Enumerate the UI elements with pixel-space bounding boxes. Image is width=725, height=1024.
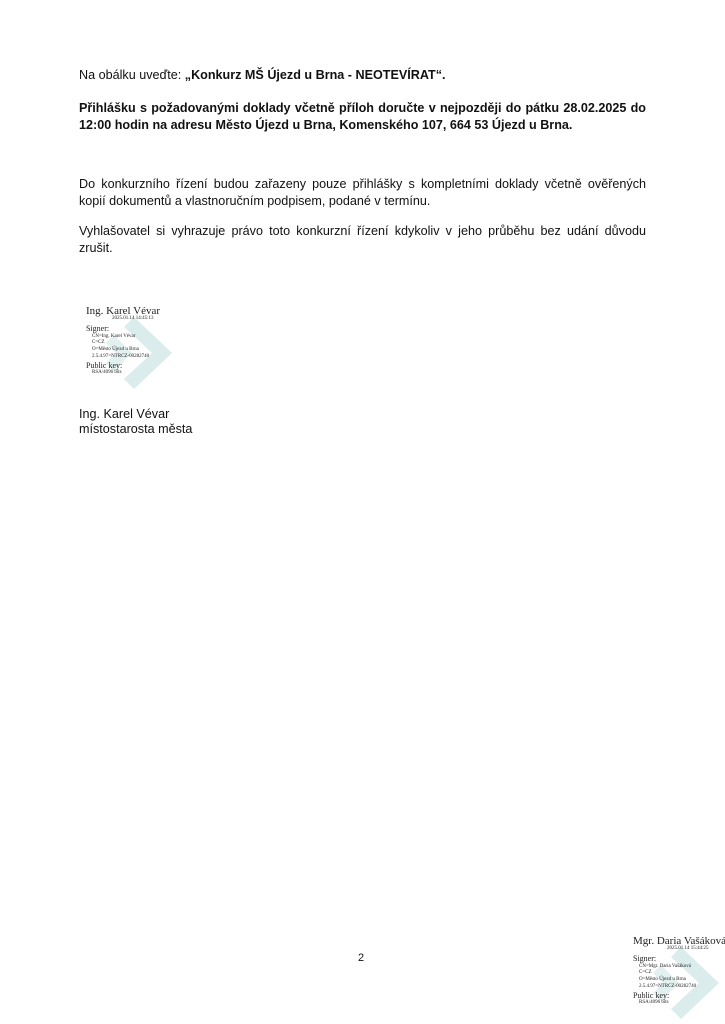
- signer-block: Ing. Karel Vévar místostarosta města: [79, 407, 192, 437]
- signature-signer-label: Signer:: [86, 324, 196, 333]
- signature-organization: O=Město Újezd u Brna: [92, 346, 202, 353]
- page-number: 2: [358, 952, 364, 964]
- signature-public-key: RSA/4096 bits: [639, 999, 725, 1006]
- signature-organization: O=Město Újezd u Brna: [639, 976, 725, 983]
- signature-timestamp: 2025.01.14 14:45:13: [112, 316, 222, 321]
- signature-oid: 2.5.4.97=NTRCZ-00282740: [92, 353, 202, 360]
- signature-country: C=CZ: [639, 969, 725, 976]
- complete-documents-paragraph: Do konkurzního řízení budou zařazeny pou…: [79, 176, 646, 209]
- digital-signature-stamp: Ing. Karel Vévar 2025.01.14 14:45:13 Sig…: [86, 305, 196, 395]
- envelope-prefix: Na obálku uveďte:: [79, 68, 185, 82]
- deadline-paragraph: Přihlášku s požadovanými doklady včetně …: [79, 100, 646, 133]
- signer-title: místostarosta města: [79, 422, 192, 437]
- signer-name: Ing. Karel Vévar: [79, 407, 192, 422]
- envelope-instruction: Na obálku uveďte: „Konkurz MŠ Újezd u Br…: [79, 67, 646, 84]
- signature-oid: 2.5.4.97=NTRCZ-00282740: [639, 983, 725, 990]
- envelope-label: „Konkurz MŠ Újezd u Brna - NEOTEVÍRAT“.: [185, 68, 446, 82]
- signature-signer-label: Signer:: [633, 954, 725, 963]
- signature-timestamp: 2025.01.14 15:44:25: [667, 946, 725, 951]
- digital-signature-stamp: Mgr. Daria Vašáková 2025.01.14 15:44:25 …: [633, 935, 725, 1024]
- reservation-paragraph: Vyhlašovatel si vyhrazuje právo toto kon…: [79, 223, 646, 256]
- signature-country: C=CZ: [92, 339, 202, 346]
- signature-public-key: RSA/4096 bits: [92, 369, 202, 376]
